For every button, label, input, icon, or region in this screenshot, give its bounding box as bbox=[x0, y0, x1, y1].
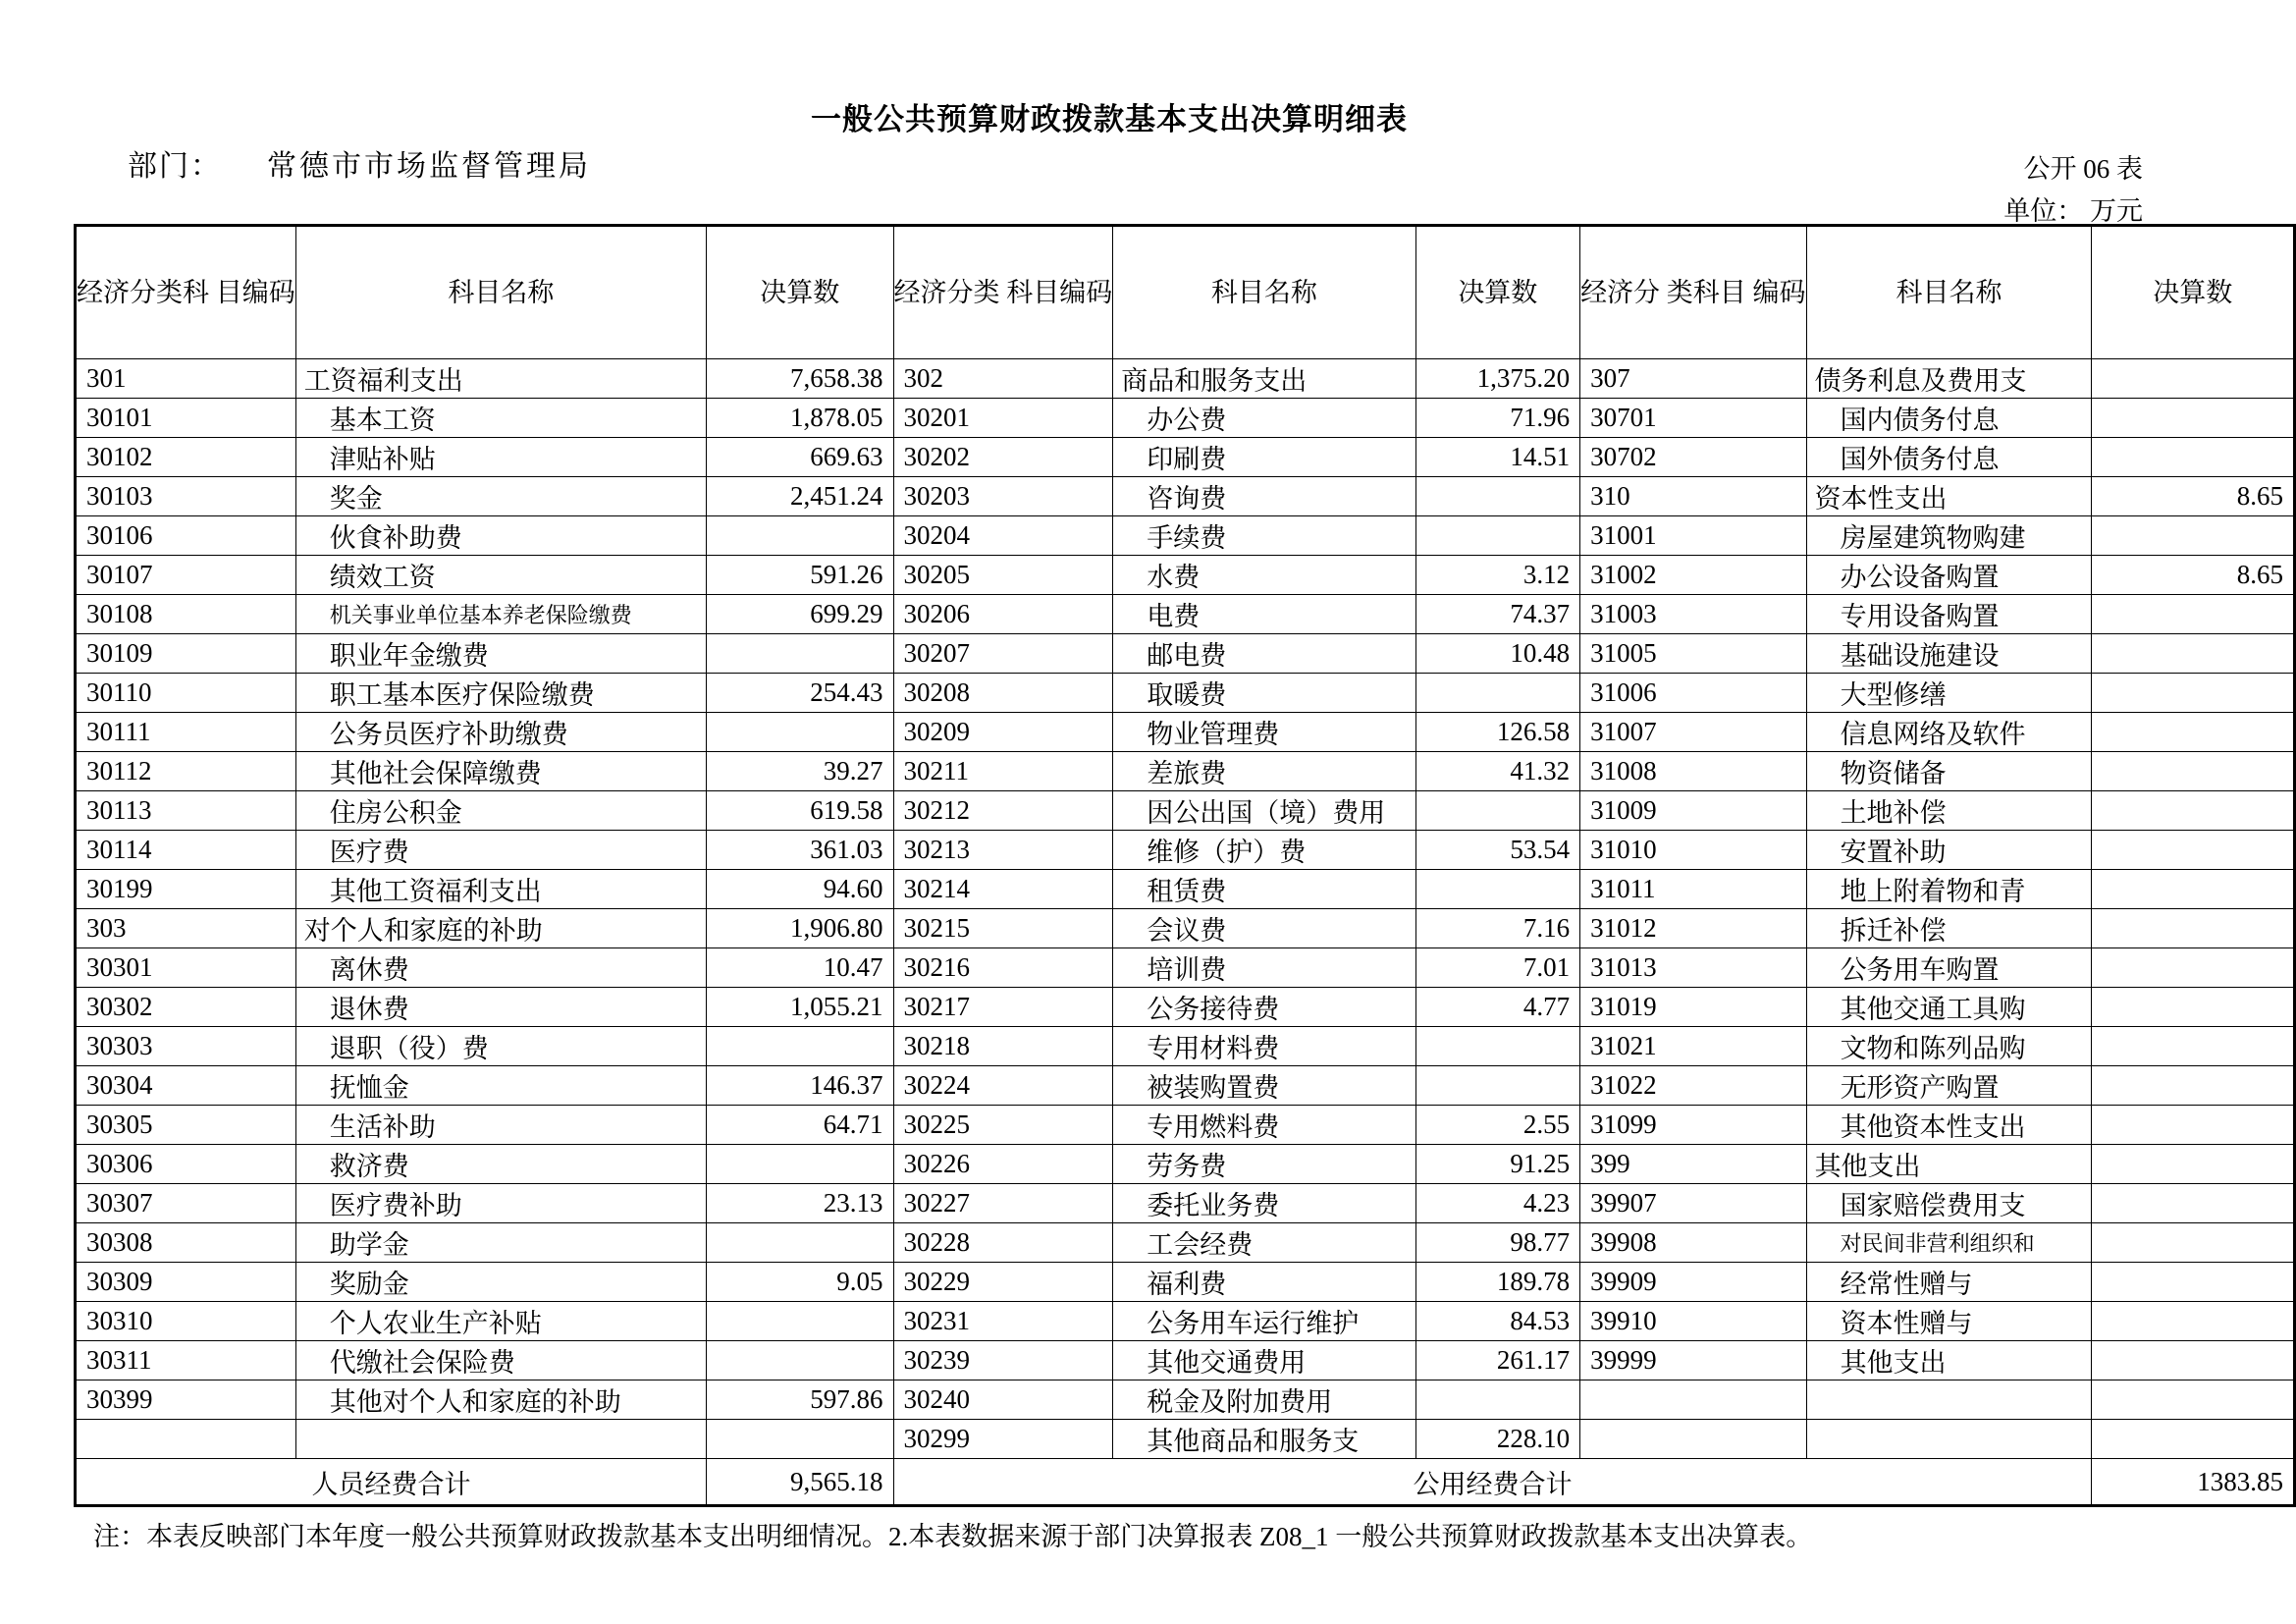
subject-name-cell: 被装购置费 bbox=[1113, 1066, 1415, 1106]
amount-cell: 53.54 bbox=[1415, 831, 1580, 870]
amount-cell: 8.65 bbox=[2092, 556, 2295, 595]
code-cell: 30203 bbox=[893, 477, 1113, 516]
code-cell: 31010 bbox=[1580, 831, 1807, 870]
subject-name-cell: 水费 bbox=[1113, 556, 1415, 595]
amount-cell: 14.51 bbox=[1415, 438, 1580, 477]
amount-cell bbox=[2092, 1027, 2295, 1066]
code-cell: 31003 bbox=[1580, 595, 1807, 634]
subject-name-cell: 公务员医疗补助缴费 bbox=[295, 713, 706, 752]
subject-name-cell: 其他社会保障缴费 bbox=[295, 752, 706, 791]
amount-cell bbox=[2092, 674, 2295, 713]
code-cell: 30217 bbox=[893, 988, 1113, 1027]
table-row: 30299其他商品和服务支228.10 bbox=[76, 1420, 2295, 1459]
subject-name-cell bbox=[1806, 1420, 2092, 1459]
subject-name-cell: 伙食补助费 bbox=[295, 516, 706, 556]
subject-name-cell: 国家赔偿费用支 bbox=[1806, 1184, 2092, 1223]
code-cell: 30309 bbox=[76, 1263, 296, 1302]
subject-name-cell: 邮电费 bbox=[1113, 634, 1415, 674]
subject-name-cell: 工会经费 bbox=[1113, 1223, 1415, 1263]
amount-cell: 591.26 bbox=[707, 556, 893, 595]
amount-cell: 7,658.38 bbox=[707, 359, 893, 399]
amount-cell bbox=[2092, 1223, 2295, 1263]
subject-name-cell: 资本性赠与 bbox=[1806, 1302, 2092, 1341]
table-row: 30304抚恤金146.3730224被装购置费31022无形资产购置 bbox=[76, 1066, 2295, 1106]
table-row: 30308助学金30228工会经费98.7739908对民间非营利组织和 bbox=[76, 1223, 2295, 1263]
department-name: 常德市市场监督管理局 bbox=[267, 150, 591, 183]
code-cell: 30302 bbox=[76, 988, 296, 1027]
table-row: 30109职业年金缴费30207邮电费10.4831005基础设施建设 bbox=[76, 634, 2295, 674]
code-cell: 39907 bbox=[1580, 1184, 1807, 1223]
amount-cell: 9.05 bbox=[707, 1263, 893, 1302]
table-row: 30112其他社会保障缴费39.2730211差旅费41.3231008物资储备 bbox=[76, 752, 2295, 791]
table-row: 30108机关事业单位基本养老保险缴费699.2930206电费74.37310… bbox=[76, 595, 2295, 634]
personnel-total-value: 9,565.18 bbox=[707, 1459, 893, 1506]
code-cell: 30311 bbox=[76, 1341, 296, 1380]
table-row: 30301离休费10.4730216培训费7.0131013公务用车购置 bbox=[76, 948, 2295, 988]
code-cell: 31002 bbox=[1580, 556, 1807, 595]
amount-cell bbox=[707, 516, 893, 556]
code-cell bbox=[1580, 1420, 1807, 1459]
subject-name-cell: 福利费 bbox=[1113, 1263, 1415, 1302]
table-row: 30307医疗费补助23.1330227委托业务费4.2339907国家赔偿费用… bbox=[76, 1184, 2295, 1223]
header-name-3: 科目名称 bbox=[1806, 226, 2092, 359]
code-cell: 31007 bbox=[1580, 713, 1807, 752]
amount-cell: 1,906.80 bbox=[707, 909, 893, 948]
amount-cell: 64.71 bbox=[707, 1106, 893, 1145]
subject-name-cell: 债务利息及费用支 bbox=[1806, 359, 2092, 399]
amount-cell: 261.17 bbox=[1415, 1341, 1580, 1380]
table-row: 30306救济费30226劳务费91.25399其他支出 bbox=[76, 1145, 2295, 1184]
code-cell: 30239 bbox=[893, 1341, 1113, 1380]
amount-cell bbox=[1415, 870, 1580, 909]
subject-name-cell: 取暖费 bbox=[1113, 674, 1415, 713]
amount-cell: 8.65 bbox=[2092, 477, 2295, 516]
amount-cell: 146.37 bbox=[707, 1066, 893, 1106]
amount-cell: 619.58 bbox=[707, 791, 893, 831]
subject-name-cell: 救济费 bbox=[295, 1145, 706, 1184]
amount-cell: 254.43 bbox=[707, 674, 893, 713]
code-cell: 31001 bbox=[1580, 516, 1807, 556]
subject-name-cell: 医疗费 bbox=[295, 831, 706, 870]
table-row: 30110职工基本医疗保险缴费254.4330208取暖费31006大型修缮 bbox=[76, 674, 2295, 713]
subject-name-cell: 津贴补贴 bbox=[295, 438, 706, 477]
code-cell: 30207 bbox=[893, 634, 1113, 674]
code-cell: 30299 bbox=[893, 1420, 1113, 1459]
table-row: 30302退休费1,055.2130217公务接待费4.7731019其他交通工… bbox=[76, 988, 2295, 1027]
amount-cell bbox=[2092, 1184, 2295, 1223]
code-cell: 31005 bbox=[1580, 634, 1807, 674]
amount-cell: 23.13 bbox=[707, 1184, 893, 1223]
amount-cell bbox=[707, 1145, 893, 1184]
code-cell: 31008 bbox=[1580, 752, 1807, 791]
table-row: 30114医疗费361.0330213维修（护）费53.5431010安置补助 bbox=[76, 831, 2295, 870]
subject-name-cell: 公务接待费 bbox=[1113, 988, 1415, 1027]
code-cell: 30205 bbox=[893, 556, 1113, 595]
code-cell: 39909 bbox=[1580, 1263, 1807, 1302]
amount-cell bbox=[707, 1027, 893, 1066]
amount-cell bbox=[707, 1302, 893, 1341]
amount-cell: 39.27 bbox=[707, 752, 893, 791]
table-row: 30102津贴补贴669.6330202印刷费14.5130702国外债务付息 bbox=[76, 438, 2295, 477]
amount-cell bbox=[1415, 791, 1580, 831]
amount-cell bbox=[2092, 831, 2295, 870]
amount-cell bbox=[2092, 1341, 2295, 1380]
subject-name-cell: 资本性支出 bbox=[1806, 477, 2092, 516]
subject-name-cell: 维修（护）费 bbox=[1113, 831, 1415, 870]
code-cell: 31099 bbox=[1580, 1106, 1807, 1145]
code-cell: 30211 bbox=[893, 752, 1113, 791]
code-cell: 30399 bbox=[76, 1380, 296, 1420]
subject-name-cell: 专用材料费 bbox=[1113, 1027, 1415, 1066]
table-row: 30199其他工资福利支出94.6030214租赁费31011地上附着物和青 bbox=[76, 870, 2295, 909]
subject-name-cell: 奖励金 bbox=[295, 1263, 706, 1302]
code-cell: 30209 bbox=[893, 713, 1113, 752]
code-cell: 30701 bbox=[1580, 399, 1807, 438]
code-cell: 30202 bbox=[893, 438, 1113, 477]
code-cell: 30215 bbox=[893, 909, 1113, 948]
table-row: 30309奖励金9.0530229福利费189.7839909经常性赠与 bbox=[76, 1263, 2295, 1302]
amount-cell: 597.86 bbox=[707, 1380, 893, 1420]
subject-name-cell: 基本工资 bbox=[295, 399, 706, 438]
personnel-total-label: 人员经费合计 bbox=[76, 1459, 707, 1506]
subject-name-cell: 经常性赠与 bbox=[1806, 1263, 2092, 1302]
subject-name-cell: 退休费 bbox=[295, 988, 706, 1027]
code-cell: 31011 bbox=[1580, 870, 1807, 909]
code-cell bbox=[76, 1420, 296, 1459]
subject-name-cell: 生活补助 bbox=[295, 1106, 706, 1145]
code-cell: 31019 bbox=[1580, 988, 1807, 1027]
table-row: 30113住房公积金619.5830212因公出国（境）费用31009土地补偿 bbox=[76, 791, 2295, 831]
amount-cell: 669.63 bbox=[707, 438, 893, 477]
amount-cell bbox=[1415, 674, 1580, 713]
table-row: 30303退职（役）费30218专用材料费31021文物和陈列品购 bbox=[76, 1027, 2295, 1066]
amount-cell bbox=[707, 713, 893, 752]
amount-cell: 699.29 bbox=[707, 595, 893, 634]
amount-cell: 71.96 bbox=[1415, 399, 1580, 438]
code-cell: 30218 bbox=[893, 1027, 1113, 1066]
code-cell: 30240 bbox=[893, 1380, 1113, 1420]
code-cell: 30114 bbox=[76, 831, 296, 870]
code-cell: 30201 bbox=[893, 399, 1113, 438]
header-amount-1: 决算数 bbox=[707, 226, 893, 359]
subject-name-cell: 商品和服务支出 bbox=[1113, 359, 1415, 399]
subject-name-cell: 物业管理费 bbox=[1113, 713, 1415, 752]
code-cell: 30103 bbox=[76, 477, 296, 516]
code-cell: 30212 bbox=[893, 791, 1113, 831]
amount-cell: 10.48 bbox=[1415, 634, 1580, 674]
page-title: 一般公共预算财政拨款基本支出决算明细表 bbox=[74, 94, 2145, 138]
amount-cell bbox=[2092, 791, 2295, 831]
table-row: 301工资福利支出7,658.38302商品和服务支出1,375.20307债务… bbox=[76, 359, 2295, 399]
department-line: 部门：常德市市场监督管理局 bbox=[128, 141, 591, 185]
subject-name-cell: 地上附着物和青 bbox=[1806, 870, 2092, 909]
amount-cell bbox=[2092, 1106, 2295, 1145]
header-amount-3: 决算数 bbox=[2092, 226, 2295, 359]
code-cell: 30303 bbox=[76, 1027, 296, 1066]
code-cell: 39908 bbox=[1580, 1223, 1807, 1263]
amount-cell: 4.23 bbox=[1415, 1184, 1580, 1223]
table-row: 30399其他对个人和家庭的补助597.8630240税金及附加费用 bbox=[76, 1380, 2295, 1420]
amount-cell: 1,375.20 bbox=[1415, 359, 1580, 399]
header-code-1: 经济分类科 目编码 bbox=[76, 226, 296, 359]
code-cell: 30304 bbox=[76, 1066, 296, 1106]
amount-cell bbox=[1415, 1380, 1580, 1420]
code-cell: 30702 bbox=[1580, 438, 1807, 477]
code-cell: 30113 bbox=[76, 791, 296, 831]
subject-name-cell: 抚恤金 bbox=[295, 1066, 706, 1106]
subject-name-cell: 其他交通费用 bbox=[1113, 1341, 1415, 1380]
subject-name-cell: 国外债务付息 bbox=[1806, 438, 2092, 477]
code-cell: 310 bbox=[1580, 477, 1807, 516]
code-cell: 302 bbox=[893, 359, 1113, 399]
code-cell: 30307 bbox=[76, 1184, 296, 1223]
subject-name-cell: 奖金 bbox=[295, 477, 706, 516]
subject-name-cell: 专用设备购置 bbox=[1806, 595, 2092, 634]
footnote: 注：本表反映部门本年度一般公共预算财政拨款基本支出明细情况。2.本表数据来源于部… bbox=[93, 1515, 1812, 1553]
subject-name-cell: 公务用车运行维护 bbox=[1113, 1302, 1415, 1341]
amount-cell bbox=[2092, 516, 2295, 556]
amount-cell bbox=[707, 1341, 893, 1380]
code-cell: 301 bbox=[76, 359, 296, 399]
subject-name-cell: 手续费 bbox=[1113, 516, 1415, 556]
subject-name-cell: 助学金 bbox=[295, 1223, 706, 1263]
subject-name-cell: 差旅费 bbox=[1113, 752, 1415, 791]
subject-name-cell: 办公设备购置 bbox=[1806, 556, 2092, 595]
subject-name-cell: 无形资产购置 bbox=[1806, 1066, 2092, 1106]
amount-cell bbox=[2092, 1420, 2295, 1459]
code-cell: 30231 bbox=[893, 1302, 1113, 1341]
code-cell: 30112 bbox=[76, 752, 296, 791]
amount-cell bbox=[2092, 988, 2295, 1027]
amount-cell bbox=[2092, 948, 2295, 988]
subject-name-cell bbox=[1806, 1380, 2092, 1420]
amount-cell bbox=[1415, 1027, 1580, 1066]
subject-name-cell: 劳务费 bbox=[1113, 1145, 1415, 1184]
amount-cell bbox=[2092, 1302, 2295, 1341]
subject-name-cell: 其他支出 bbox=[1806, 1145, 2092, 1184]
amount-cell bbox=[2092, 1380, 2295, 1420]
amount-cell bbox=[2092, 634, 2295, 674]
document-page: 一般公共预算财政拨款基本支出决算明细表 部门：常德市市场监督管理局 公开 06 … bbox=[0, 0, 2296, 1624]
subject-name-cell: 咨询费 bbox=[1113, 477, 1415, 516]
subject-name-cell: 会议费 bbox=[1113, 909, 1415, 948]
amount-cell: 84.53 bbox=[1415, 1302, 1580, 1341]
subject-name-cell: 其他对个人和家庭的补助 bbox=[295, 1380, 706, 1420]
table-body: 301工资福利支出7,658.38302商品和服务支出1,375.20307债务… bbox=[76, 359, 2295, 1459]
amount-cell bbox=[2092, 713, 2295, 752]
code-cell: 39999 bbox=[1580, 1341, 1807, 1380]
amount-cell: 7.01 bbox=[1415, 948, 1580, 988]
code-cell: 30214 bbox=[893, 870, 1113, 909]
subject-name-cell: 委托业务费 bbox=[1113, 1184, 1415, 1223]
subject-name-cell: 房屋建筑物购建 bbox=[1806, 516, 2092, 556]
table-header: 经济分类科 目编码 科目名称 决算数 经济分类 科目编码 科目名称 决算数 经济… bbox=[76, 226, 2295, 359]
subject-name-cell: 职业年金缴费 bbox=[295, 634, 706, 674]
table-row: 30101基本工资1,878.0530201办公费71.9630701国内债务付… bbox=[76, 399, 2295, 438]
subject-name-cell: 印刷费 bbox=[1113, 438, 1415, 477]
code-cell: 30107 bbox=[76, 556, 296, 595]
code-cell: 30225 bbox=[893, 1106, 1113, 1145]
header-amount-2: 决算数 bbox=[1415, 226, 1580, 359]
subject-name-cell: 医疗费补助 bbox=[295, 1184, 706, 1223]
code-cell: 30106 bbox=[76, 516, 296, 556]
amount-cell: 4.77 bbox=[1415, 988, 1580, 1027]
department-label: 部门： bbox=[128, 150, 222, 183]
subject-name-cell: 信息网络及软件 bbox=[1806, 713, 2092, 752]
subject-name-cell: 物资储备 bbox=[1806, 752, 2092, 791]
subject-name-cell: 机关事业单位基本养老保险缴费 bbox=[295, 595, 706, 634]
table-row: 303对个人和家庭的补助1,906.8030215会议费7.1631012拆迁补… bbox=[76, 909, 2295, 948]
subject-name-cell: 国内债务付息 bbox=[1806, 399, 2092, 438]
table-row: 30305生活补助64.7130225专用燃料费2.5531099其他资本性支出 bbox=[76, 1106, 2295, 1145]
subject-name-cell: 安置补助 bbox=[1806, 831, 2092, 870]
amount-cell: 7.16 bbox=[1415, 909, 1580, 948]
subject-name-cell: 离休费 bbox=[295, 948, 706, 988]
code-cell bbox=[1580, 1380, 1807, 1420]
subject-name-cell: 住房公积金 bbox=[295, 791, 706, 831]
amount-cell: 228.10 bbox=[1415, 1420, 1580, 1459]
totals-row: 人员经费合计 9,565.18 公用经费合计 1383.85 bbox=[76, 1459, 2295, 1506]
header-name-2: 科目名称 bbox=[1113, 226, 1415, 359]
code-cell: 399 bbox=[1580, 1145, 1807, 1184]
amount-cell bbox=[2092, 359, 2295, 399]
amount-cell bbox=[2092, 870, 2295, 909]
subject-name-cell: 因公出国（境）费用 bbox=[1113, 791, 1415, 831]
code-cell: 30213 bbox=[893, 831, 1113, 870]
amount-cell bbox=[2092, 399, 2295, 438]
table-row: 30311代缴社会保险费30239其他交通费用261.1739999其他支出 bbox=[76, 1341, 2295, 1380]
subject-name-cell: 文物和陈列品购 bbox=[1806, 1027, 2092, 1066]
expenditure-table: 经济分类科 目编码 科目名称 决算数 经济分类 科目编码 科目名称 决算数 经济… bbox=[74, 224, 2296, 1507]
amount-cell: 1,055.21 bbox=[707, 988, 893, 1027]
table-row: 30107绩效工资591.2630205水费3.1231002办公设备购置8.6… bbox=[76, 556, 2295, 595]
code-cell: 30109 bbox=[76, 634, 296, 674]
code-cell: 39910 bbox=[1580, 1302, 1807, 1341]
subject-name-cell: 租赁费 bbox=[1113, 870, 1415, 909]
code-cell: 30226 bbox=[893, 1145, 1113, 1184]
form-number: 公开 06 表 bbox=[2024, 147, 2144, 186]
subject-name-cell: 其他工资福利支出 bbox=[295, 870, 706, 909]
code-cell: 30301 bbox=[76, 948, 296, 988]
code-cell: 30228 bbox=[893, 1223, 1113, 1263]
subject-name-cell: 其他交通工具购 bbox=[1806, 988, 2092, 1027]
code-cell: 307 bbox=[1580, 359, 1807, 399]
subject-name-cell: 电费 bbox=[1113, 595, 1415, 634]
code-cell: 30216 bbox=[893, 948, 1113, 988]
subject-name-cell: 专用燃料费 bbox=[1113, 1106, 1415, 1145]
amount-cell bbox=[1415, 1066, 1580, 1106]
code-cell: 30229 bbox=[893, 1263, 1113, 1302]
code-cell: 31009 bbox=[1580, 791, 1807, 831]
amount-cell: 2.55 bbox=[1415, 1106, 1580, 1145]
code-cell: 30111 bbox=[76, 713, 296, 752]
unit-label: 单位： 万元 bbox=[2003, 189, 2143, 228]
amount-cell: 3.12 bbox=[1415, 556, 1580, 595]
subject-name-cell: 职工基本医疗保险缴费 bbox=[295, 674, 706, 713]
amount-cell bbox=[707, 634, 893, 674]
amount-cell: 74.37 bbox=[1415, 595, 1580, 634]
subject-name-cell: 大型修缮 bbox=[1806, 674, 2092, 713]
amount-cell: 189.78 bbox=[1415, 1263, 1580, 1302]
amount-cell bbox=[2092, 438, 2295, 477]
subject-name-cell: 绩效工资 bbox=[295, 556, 706, 595]
public-total-label: 公用经费合计 bbox=[893, 1459, 2092, 1506]
subject-name-cell: 办公费 bbox=[1113, 399, 1415, 438]
subject-name-cell: 公务用车购置 bbox=[1806, 948, 2092, 988]
table-row: 30103奖金2,451.2430203咨询费310资本性支出8.65 bbox=[76, 477, 2295, 516]
amount-cell bbox=[2092, 1263, 2295, 1302]
public-total-value: 1383.85 bbox=[2092, 1459, 2295, 1506]
amount-cell: 98.77 bbox=[1415, 1223, 1580, 1263]
code-cell: 30227 bbox=[893, 1184, 1113, 1223]
code-cell: 30108 bbox=[76, 595, 296, 634]
code-cell: 30305 bbox=[76, 1106, 296, 1145]
amount-cell: 2,451.24 bbox=[707, 477, 893, 516]
table-row: 30111公务员医疗补助缴费30209物业管理费126.5831007信息网络及… bbox=[76, 713, 2295, 752]
subject-name-cell: 工资福利支出 bbox=[295, 359, 706, 399]
amount-cell: 126.58 bbox=[1415, 713, 1580, 752]
header-name-1: 科目名称 bbox=[295, 226, 706, 359]
header-code-2: 经济分类 科目编码 bbox=[893, 226, 1113, 359]
subject-name-cell: 其他商品和服务支 bbox=[1113, 1420, 1415, 1459]
amount-cell bbox=[1415, 516, 1580, 556]
amount-cell bbox=[2092, 1145, 2295, 1184]
amount-cell: 361.03 bbox=[707, 831, 893, 870]
code-cell: 30204 bbox=[893, 516, 1113, 556]
code-cell: 303 bbox=[76, 909, 296, 948]
table-row: 30106伙食补助费30204手续费31001房屋建筑物购建 bbox=[76, 516, 2295, 556]
amount-cell bbox=[707, 1420, 893, 1459]
code-cell: 30208 bbox=[893, 674, 1113, 713]
code-cell: 31013 bbox=[1580, 948, 1807, 988]
code-cell: 31012 bbox=[1580, 909, 1807, 948]
subject-name-cell: 拆迁补偿 bbox=[1806, 909, 2092, 948]
subject-name-cell: 代缴社会保险费 bbox=[295, 1341, 706, 1380]
header-row: 经济分类科 目编码 科目名称 决算数 经济分类 科目编码 科目名称 决算数 经济… bbox=[76, 226, 2295, 359]
code-cell: 30306 bbox=[76, 1145, 296, 1184]
subject-name-cell: 其他支出 bbox=[1806, 1341, 2092, 1380]
subject-name-cell: 基础设施建设 bbox=[1806, 634, 2092, 674]
subject-name-cell: 税金及附加费用 bbox=[1113, 1380, 1415, 1420]
amount-cell: 41.32 bbox=[1415, 752, 1580, 791]
amount-cell bbox=[2092, 595, 2295, 634]
amount-cell: 94.60 bbox=[707, 870, 893, 909]
subject-name-cell: 土地补偿 bbox=[1806, 791, 2092, 831]
table-row: 30310个人农业生产补贴30231公务用车运行维护84.5339910资本性赠… bbox=[76, 1302, 2295, 1341]
subject-name-cell: 其他资本性支出 bbox=[1806, 1106, 2092, 1145]
subject-name-cell: 退职（役）费 bbox=[295, 1027, 706, 1066]
amount-cell: 10.47 bbox=[707, 948, 893, 988]
subject-name-cell bbox=[295, 1420, 706, 1459]
subject-name-cell: 个人农业生产补贴 bbox=[295, 1302, 706, 1341]
code-cell: 30224 bbox=[893, 1066, 1113, 1106]
code-cell: 30310 bbox=[76, 1302, 296, 1341]
code-cell: 30308 bbox=[76, 1223, 296, 1263]
amount-cell bbox=[2092, 909, 2295, 948]
code-cell: 30110 bbox=[76, 674, 296, 713]
subject-name-cell: 对民间非营利组织和 bbox=[1806, 1223, 2092, 1263]
amount-cell bbox=[1415, 477, 1580, 516]
subject-name-cell: 对个人和家庭的补助 bbox=[295, 909, 706, 948]
table-footer: 人员经费合计 9,565.18 公用经费合计 1383.85 bbox=[76, 1459, 2295, 1506]
header-code-3: 经济分 类科目 编码 bbox=[1580, 226, 1807, 359]
amount-cell bbox=[2092, 1066, 2295, 1106]
code-cell: 31021 bbox=[1580, 1027, 1807, 1066]
amount-cell bbox=[2092, 752, 2295, 791]
code-cell: 30199 bbox=[76, 870, 296, 909]
code-cell: 31022 bbox=[1580, 1066, 1807, 1106]
amount-cell bbox=[707, 1223, 893, 1263]
